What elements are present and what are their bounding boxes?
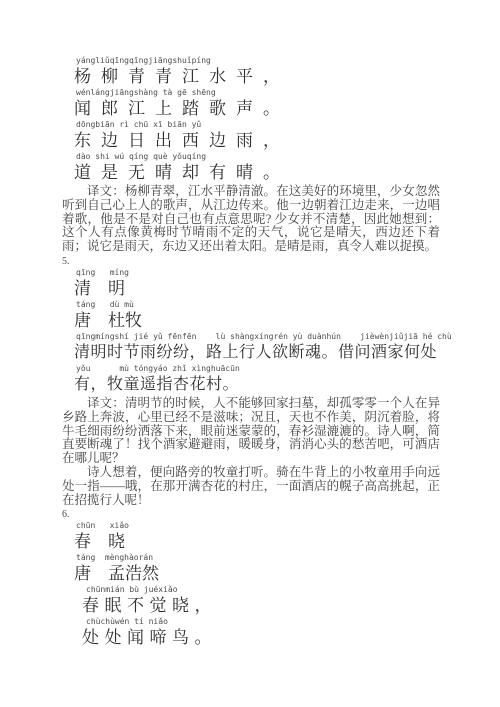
poem-line-group: chūnmián bù juéxiǎo 春眠不觉晓， <box>62 585 440 617</box>
pinyin-line: chūnmián bù juéxiǎo <box>86 585 440 594</box>
poem-section-qingming: 5. qīng míng 清 明 táng dù mù 唐 杜牧 qīngmín… <box>62 256 440 507</box>
poem-author-group: táng dù mù 唐 杜牧 <box>62 300 440 332</box>
translation-paragraph: 诗人想着，便向路旁的牧童打听。骑在牛背上的小牧童用手向远处一指——哦，在那开满杏… <box>62 466 440 507</box>
author-pinyin-line: táng dù mù <box>76 300 440 309</box>
poem-line: 处处闻啼鸟。 <box>82 626 440 649</box>
poem-title: 清 明 <box>74 277 440 300</box>
poem-section-chunxiao: 6. chūn xiǎo 春 晓 táng mènghàorán 唐 孟浩然 c… <box>62 509 440 649</box>
poem-title-group: qīng míng 清 明 <box>62 268 440 300</box>
poem-line: 清明时节雨纷纷，路上行人欲断魂。借问酒家何处 <box>74 341 440 364</box>
poem-line: 东边日出西边雨， <box>74 129 440 152</box>
poem-line-group: chùchùwén tí niǎo 处处闻啼鸟。 <box>62 617 440 649</box>
document-content: yángliǔqīngqīngjiāngshuǐpíng 杨柳青青江水平， wé… <box>62 56 440 649</box>
translation-paragraph: 译文：杨柳青翠，江水平静清澈。在这美好的环境里，少女忽然听到自己心上人的歌声，从… <box>62 185 440 254</box>
poem-line: 杨柳青青江水平， <box>74 65 440 88</box>
pinyin-line: qīngmíngshí jié yǔ fēnfēn lù shàngxíngré… <box>76 332 440 341</box>
poem-line: 有，牧童遥指杏花村。 <box>74 373 440 396</box>
poem-author: 唐 孟浩然 <box>74 562 440 585</box>
poem-line-group: yǒu mù tóngyáo zhǐ xìnghuācūn 有，牧童遥指杏花村。 <box>62 364 440 396</box>
poem-line: 春眠不觉晓， <box>82 594 440 617</box>
poem-line-group: dào shi wú qíng què yǒuqíng 道是无晴却有晴。 <box>62 152 440 184</box>
translation-paragraph: 译文：清明节的时候，人不能够回家扫墓，却孤零零一个人在异乡路上奔波，心里已经不是… <box>62 397 440 466</box>
poem-line-group: wénlángjiāngshàng tà gē shēng 闻郎江上踏歌声。 <box>62 88 440 120</box>
pinyin-line: dào shi wú qíng què yǒuqíng <box>76 152 440 161</box>
poem-title: 春 晓 <box>74 530 440 553</box>
pinyin-line: yángliǔqīngqīngjiāngshuǐpíng <box>76 56 440 65</box>
title-pinyin-line: chūn xiǎo <box>76 521 440 530</box>
poem-line-group: qīngmíngshí jié yǔ fēnfēn lù shàngxíngré… <box>62 332 440 364</box>
section-number: 5. <box>62 256 440 268</box>
poem-author: 唐 杜牧 <box>74 309 440 332</box>
poem-title-group: chūn xiǎo 春 晓 <box>62 521 440 553</box>
poem-line-group: yángliǔqīngqīngjiāngshuǐpíng 杨柳青青江水平， <box>62 56 440 88</box>
poem-author-group: táng mènghàorán 唐 孟浩然 <box>62 553 440 585</box>
pinyin-line: dōngbiān rì chū xī biān yǔ <box>76 120 440 129</box>
poem-line: 闻郎江上踏歌声。 <box>74 97 440 120</box>
author-pinyin-line: táng mènghàorán <box>76 553 440 562</box>
pinyin-line: chùchùwén tí niǎo <box>86 617 440 626</box>
pinyin-line: wénlángjiāngshàng tà gē shēng <box>76 88 440 97</box>
poem-line-group: dōngbiān rì chū xī biān yǔ 东边日出西边雨， <box>62 120 440 152</box>
poem-section-1: yángliǔqīngqīngjiāngshuǐpíng 杨柳青青江水平， wé… <box>62 56 440 254</box>
poem-line: 道是无晴却有晴。 <box>74 161 440 184</box>
title-pinyin-line: qīng míng <box>76 268 440 277</box>
document-page: yángliǔqīngqīngjiāngshuǐpíng 杨柳青青江水平， wé… <box>0 0 500 707</box>
pinyin-line: yǒu mù tóngyáo zhǐ xìnghuācūn <box>76 364 440 373</box>
section-number: 6. <box>62 509 440 521</box>
